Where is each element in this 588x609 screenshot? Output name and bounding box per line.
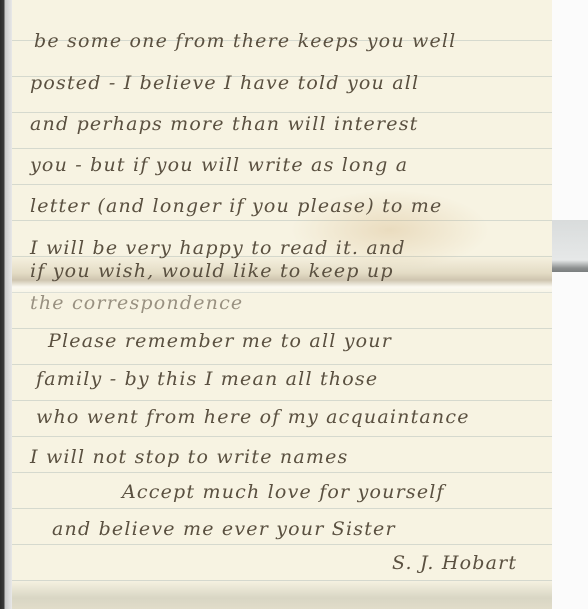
letter-line: family - by this I mean all those	[36, 368, 378, 390]
letter-line: and perhaps more than will interest	[30, 113, 419, 135]
scan-left-edge	[0, 0, 12, 609]
letter-line: the correspondence	[30, 292, 243, 314]
letter-line: letter (and longer if you please) to me	[30, 195, 442, 217]
letter-line: I will not stop to write names	[30, 446, 349, 468]
letter-line: I will be very happy to read it. and	[30, 237, 406, 259]
letter-line: if you wish, would like to keep up	[30, 260, 394, 282]
signature: S. J. Hobart	[392, 552, 517, 574]
letter-line: posted - I believe I have told you all	[30, 72, 419, 94]
scan-background	[552, 272, 588, 609]
scan-background	[552, 0, 588, 220]
letter-line: be some one from there keeps you well	[34, 30, 456, 52]
letter-line: Accept much love for yourself	[122, 481, 445, 503]
paper-fold-bottom	[12, 580, 552, 609]
letter-line: who went from here of my acquaintance	[36, 406, 470, 428]
letter-line: you - but if you will write as long a	[30, 154, 408, 176]
scan-background-shadow	[552, 220, 588, 272]
letter-line: Please remember me to all your	[48, 330, 392, 352]
letter-line: and believe me ever your Sister	[52, 518, 396, 540]
